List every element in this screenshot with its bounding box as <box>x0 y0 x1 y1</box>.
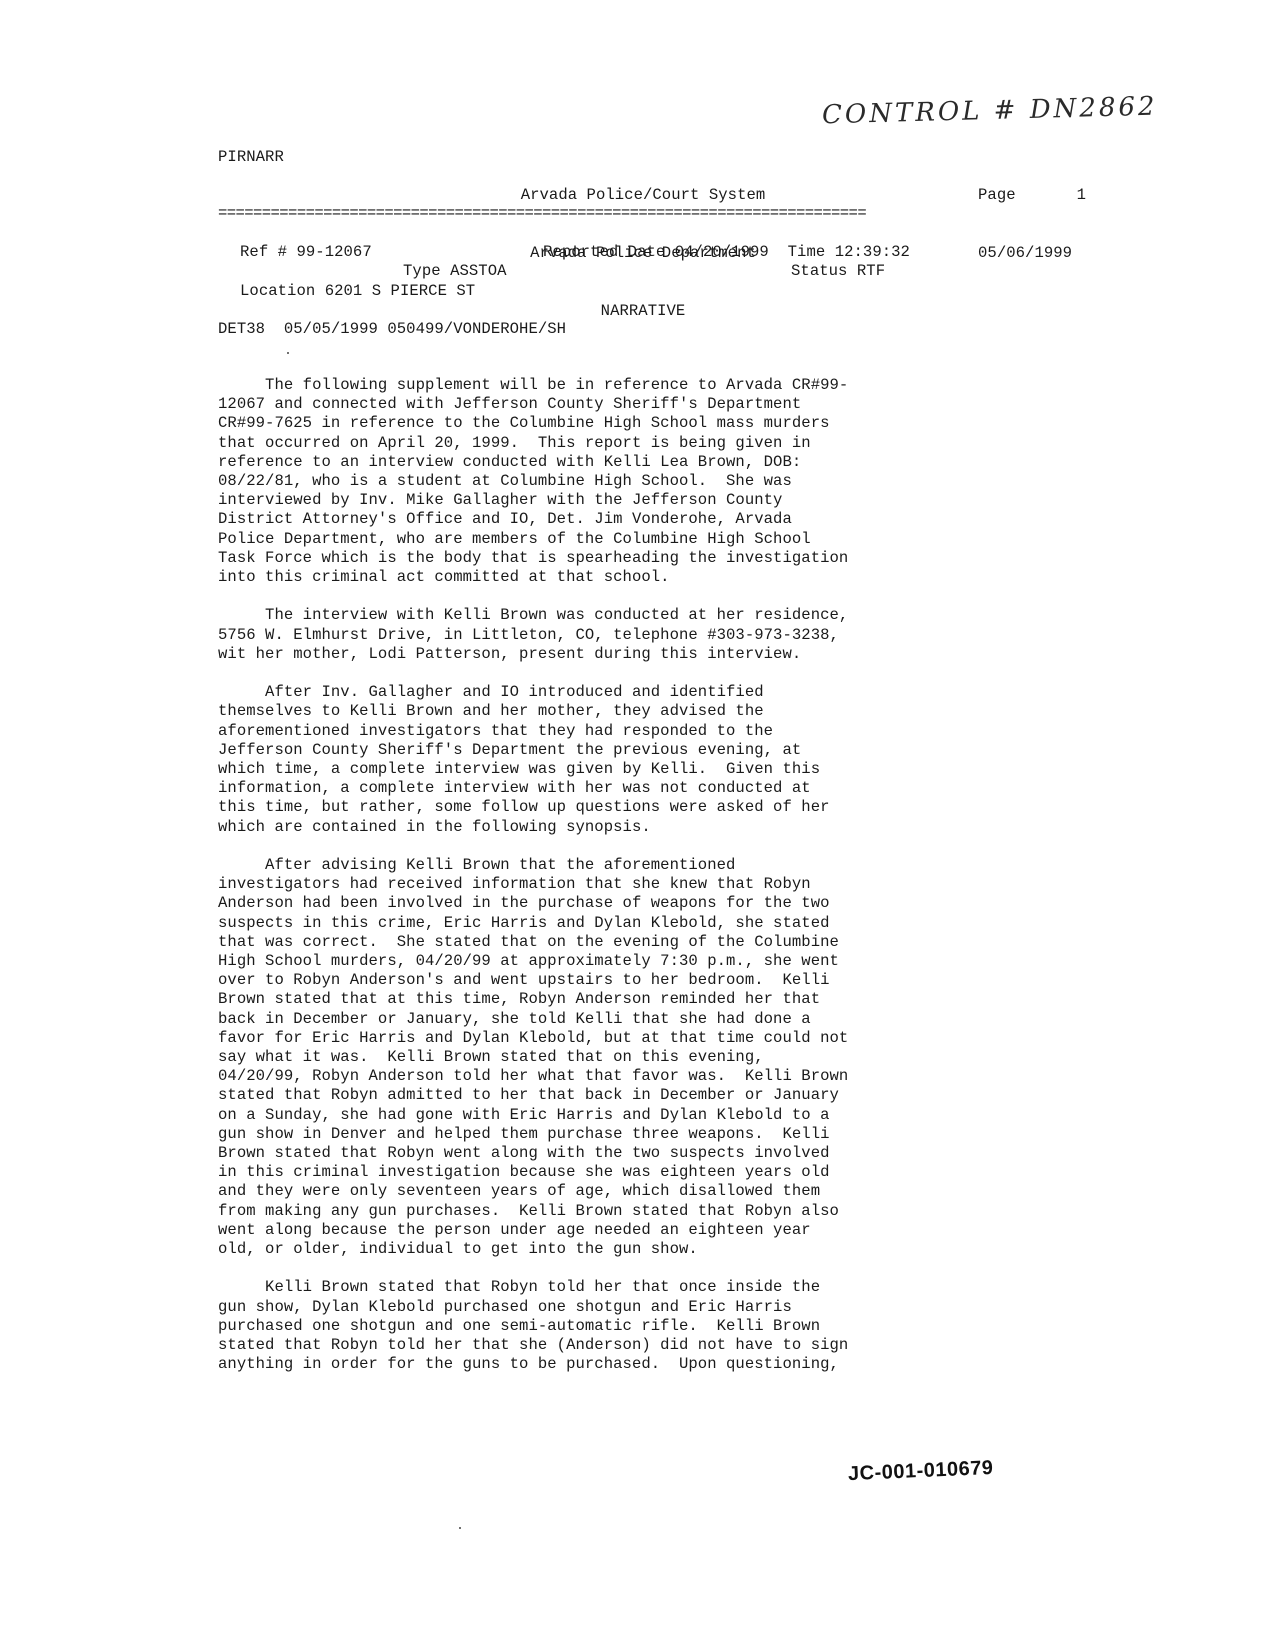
page-number: 1 <box>1077 186 1086 205</box>
narrative-paragraph: After advising Kelli Brown that the afor… <box>218 856 978 1259</box>
type-label: Type <box>403 262 441 280</box>
status-field: Status RTF <box>791 262 885 281</box>
ref-label: Ref # <box>240 243 287 261</box>
type-field: Type ASSTOA <box>403 262 507 281</box>
bates-stamp: JC-001-010679 <box>848 1457 994 1486</box>
scan-speck <box>459 1527 461 1529</box>
location-field: Location 6201 S PIERCE ST <box>240 282 475 301</box>
location-value: 6201 S PIERCE ST <box>325 282 476 300</box>
incident-type: ASSTOA <box>450 262 506 280</box>
narrative-paragraph: The interview with Kelli Brown was condu… <box>218 606 978 664</box>
form-code: PIRNARR <box>218 148 284 167</box>
ref-number-field: Ref # 99-12067 <box>240 243 372 262</box>
reported-date-field: Reported Date 04/20/1999 Time 12:39:32 <box>543 243 910 262</box>
status-value: RTF <box>857 262 885 280</box>
print-date: 05/06/1999 <box>978 244 1086 263</box>
reported-date: 04/20/1999 <box>675 243 769 261</box>
narrative-body: The following supplement will be in refe… <box>218 376 978 1394</box>
document-type: NARRATIVE <box>498 302 788 321</box>
location-label: Location <box>240 282 315 300</box>
scan-speck <box>287 352 289 354</box>
reported-date-label: Reported Date <box>543 243 665 261</box>
narrative-paragraph: After Inv. Gallagher and IO introduced a… <box>218 683 978 837</box>
narrative-paragraph: The following supplement will be in refe… <box>218 376 978 587</box>
page-label: Page <box>978 186 1016 205</box>
entry-line: DET38 05/05/1999 050499/VONDEROHE/SH <box>218 320 566 339</box>
header-separator: ========================================… <box>218 204 1084 223</box>
reported-time: 12:39:32 <box>835 243 910 261</box>
status-label: Status <box>791 262 847 280</box>
system-name: Arvada Police/Court System <box>498 186 788 205</box>
time-label: Time <box>788 243 826 261</box>
handwritten-control-number: CONTROL # DN2862 <box>822 92 1158 131</box>
narrative-paragraph: Kelli Brown stated that Robyn told her t… <box>218 1278 978 1374</box>
ref-number: 99-12067 <box>296 243 371 261</box>
